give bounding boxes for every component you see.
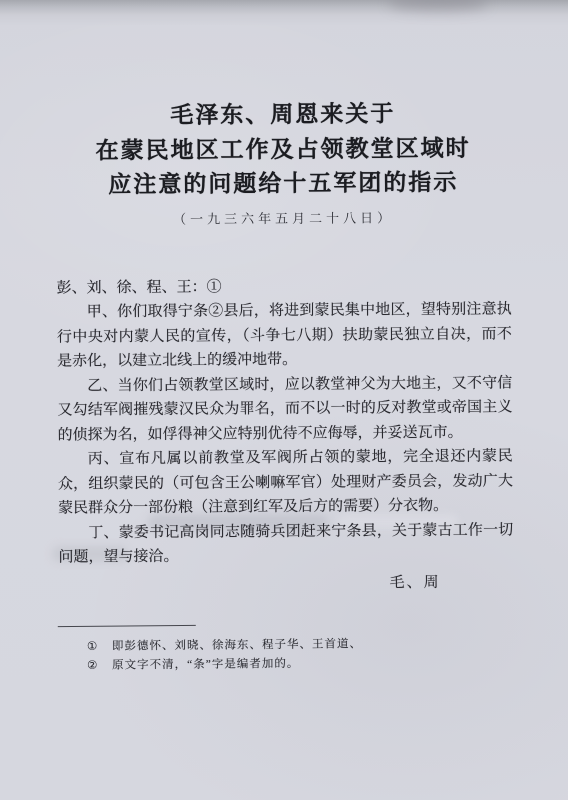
footnote-divider — [58, 625, 196, 627]
title-line-1: 毛泽东、周恩来关于 — [55, 95, 510, 133]
page-top-shadow — [0, 0, 568, 26]
salutation-line: 彭、刘、徐、程、王：① — [57, 273, 512, 301]
signature: 毛、周 — [59, 570, 514, 598]
footnotes-section: ① 即彭德怀、刘晓、徐海东、程子华、王首道、 ② 原文字不清，“条”字是编者加的… — [57, 622, 512, 675]
title-line-2: 在蒙民地区工作及占领教堂区域时 — [56, 130, 511, 168]
footnote-2-text: 原文字不清，“条”字是编者加的。 — [112, 652, 512, 674]
paragraph-jia: 甲、你们取得宁条②县后，将进到蒙民集中地区，望特别注意执行中央对内蒙人民的宣传，… — [57, 297, 513, 374]
document-date: （一九三六年五月二十八日） — [56, 206, 511, 228]
title-line-3: 应注意的问题给十五军团的指示 — [56, 164, 511, 202]
footnote-2: ② 原文字不清，“条”字是编者加的。 — [57, 652, 512, 675]
footnote-1-marker: ① — [87, 638, 112, 657]
document-body: 毛泽东、周恩来关于 在蒙民地区工作及占领教堂区域时 应注意的问题给十五军团的指示… — [55, 95, 513, 597]
paragraph-ding: 丁、蒙委书记高岗同志随骑兵团赶来宁条县，关于蒙古工作一切问题，望与接洽。 — [58, 518, 513, 570]
page-top-stain — [388, 0, 488, 12]
document-title: 毛泽东、周恩来关于 在蒙民地区工作及占领教堂区域时 应注意的问题给十五军团的指示 — [55, 95, 511, 202]
paragraph-bing: 丙、宣布凡属以前教堂及军阀所占领的蒙地，完全退还内蒙民众，组织蒙民的（可包含王公… — [58, 444, 514, 521]
document-text: 彭、刘、徐、程、王：① 甲、你们取得宁条②县后，将进到蒙民集中地区，望特别注意执… — [57, 273, 514, 598]
paragraph-yi: 乙、当你们占领教堂区域时，应以教堂神父为大地主，又不守信又勾结军阀摧残蒙汉民众为… — [57, 371, 513, 448]
footnote-2-marker: ② — [87, 656, 112, 675]
document-page: 毛泽东、周恩来关于 在蒙民地区工作及占领教堂区域时 应注意的问题给十五军团的指示… — [0, 0, 568, 800]
